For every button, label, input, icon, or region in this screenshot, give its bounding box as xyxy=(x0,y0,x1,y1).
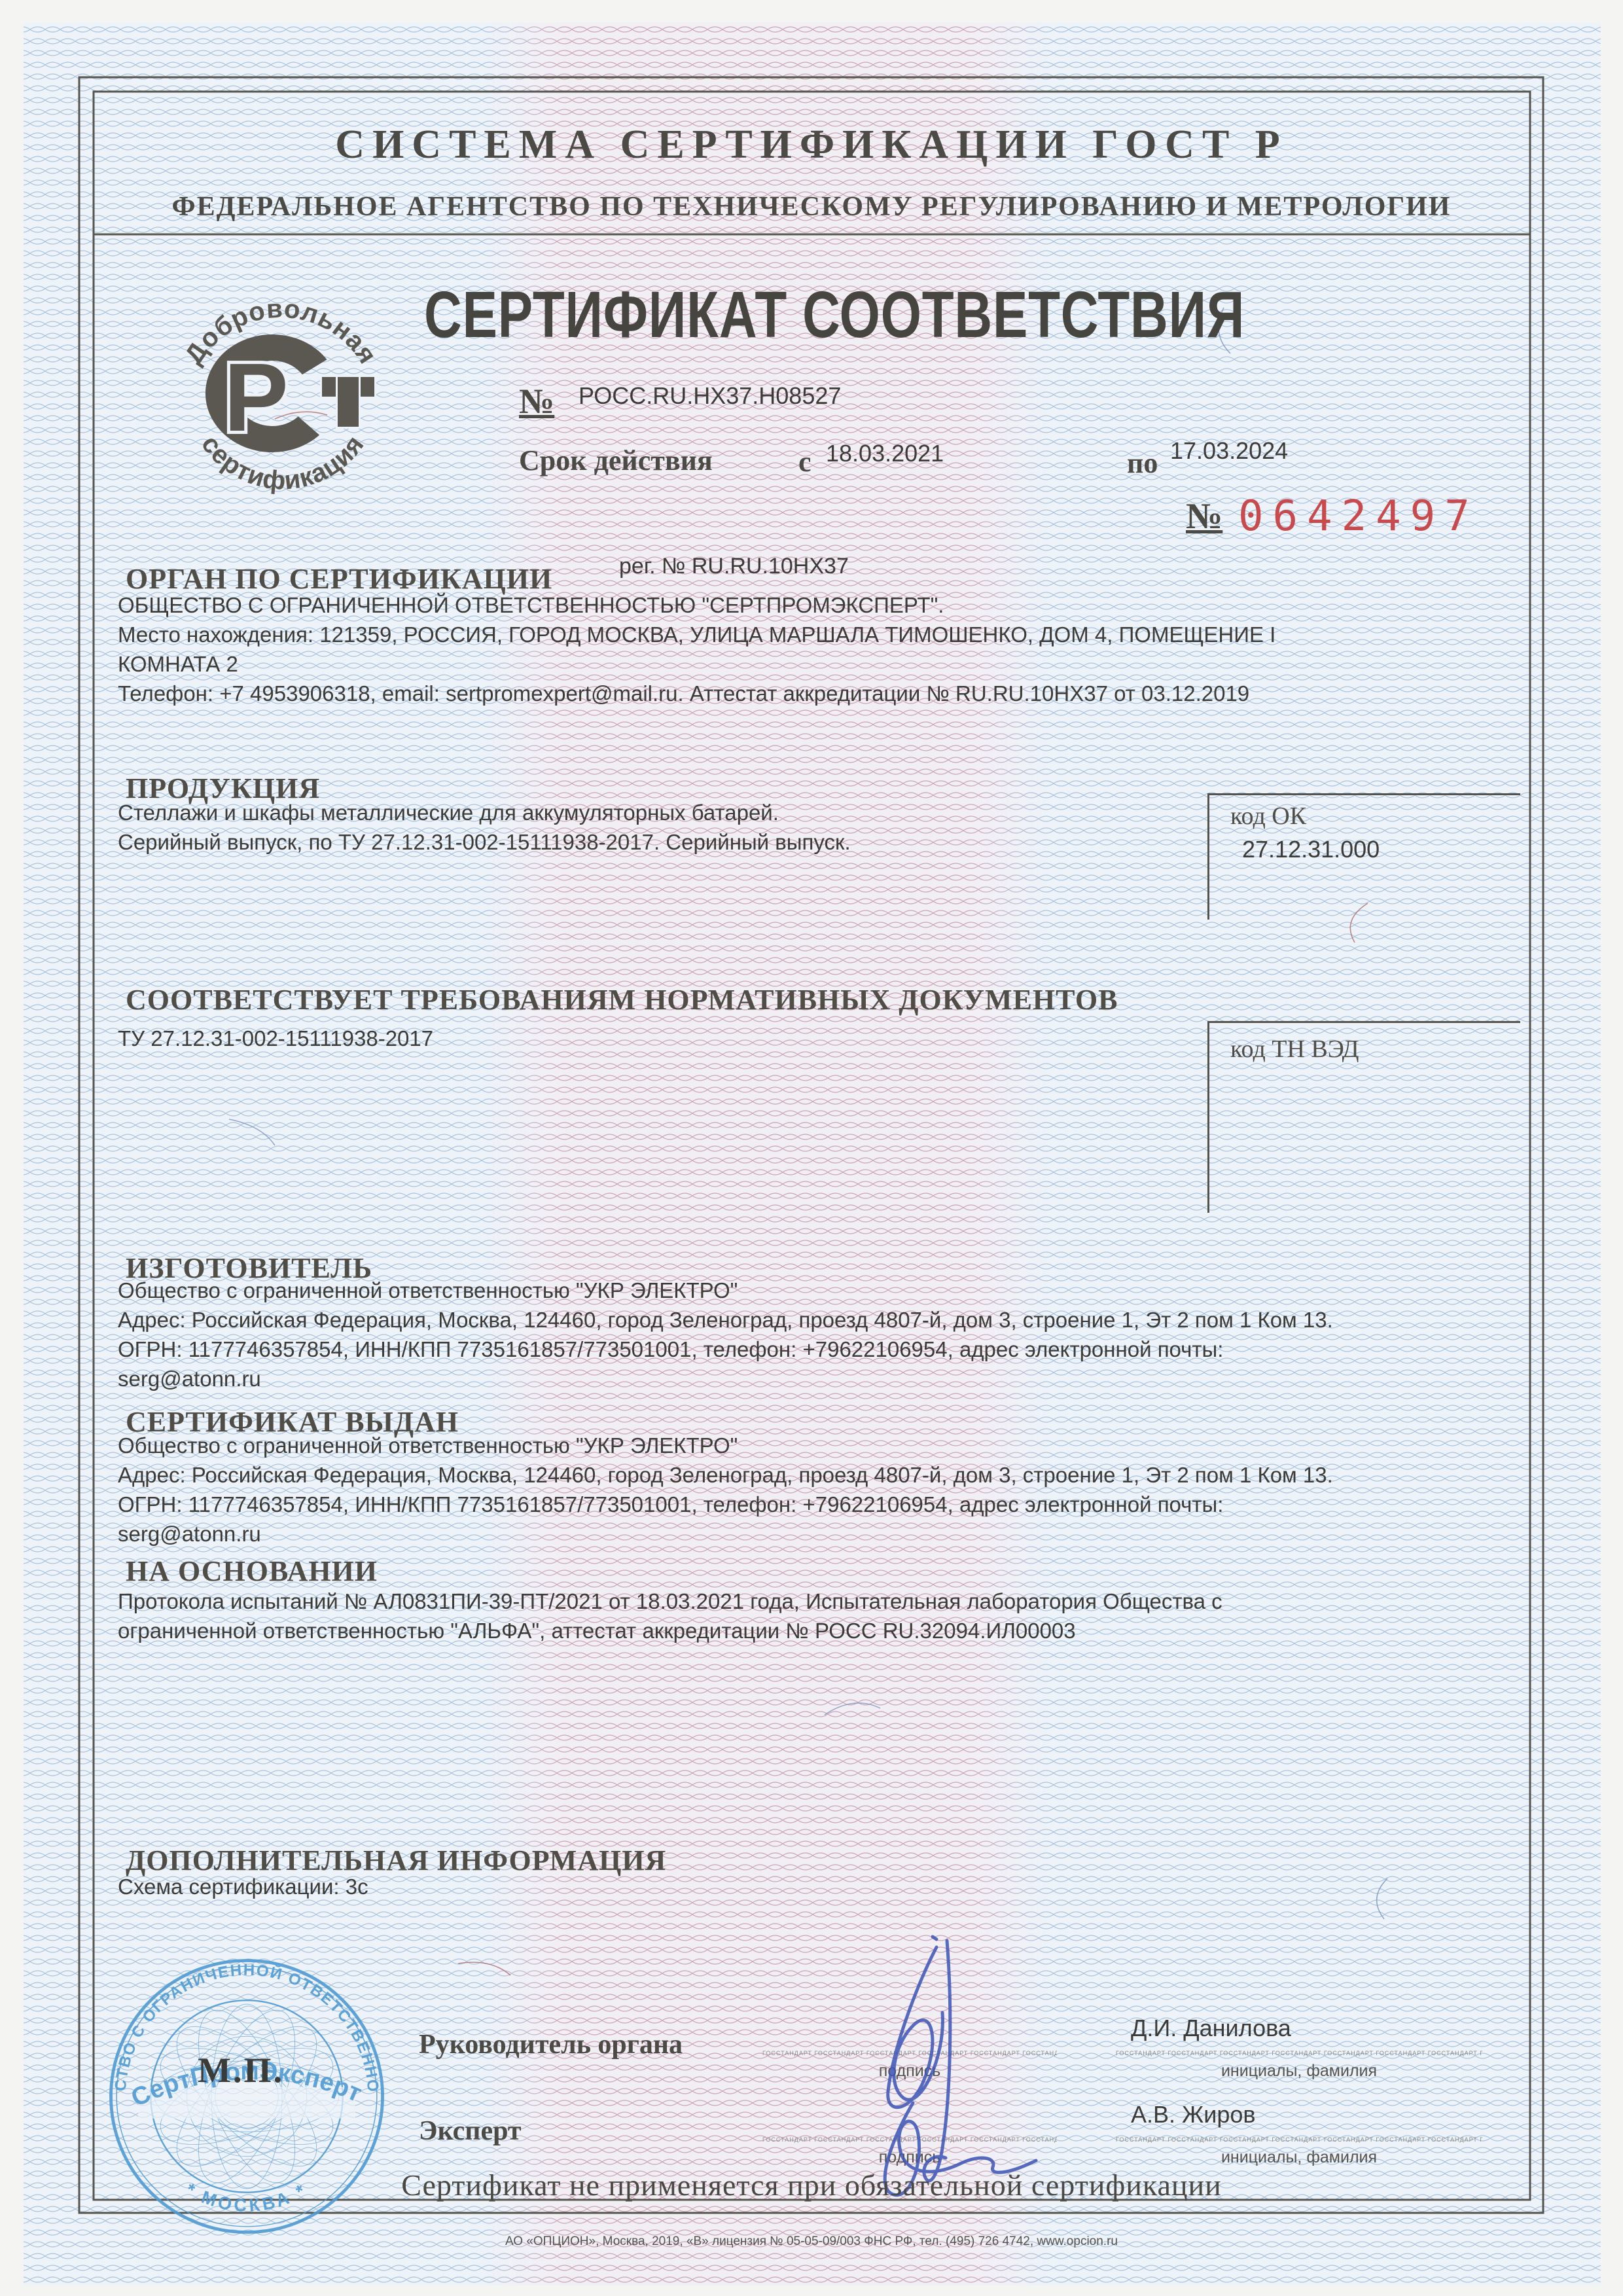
basis-line: Протокола испытаний № АЛ0831ПИ-39-ПТ/202… xyxy=(118,1587,1222,1616)
basis-details: Протокола испытаний № АЛ0831ПИ-39-ПТ/202… xyxy=(118,1587,1222,1645)
cert-number-value: РОСС.RU.HX37.H08527 xyxy=(579,382,841,410)
conform-details: ТУ 27.12.31-002-15111938-2017 xyxy=(118,1024,433,1053)
product-line: Стеллажи и шкафы металлические для аккум… xyxy=(118,798,851,827)
cert-number-label: № xyxy=(519,381,554,422)
manufacturer-line: Адрес: Российская Федерация, Москва, 124… xyxy=(118,1305,1333,1335)
certificate-title: СЕРТИФИКАТ СООТВЕТСТВИЯ xyxy=(424,278,1245,353)
header-agency-line: ФЕДЕРАЛЬНОЕ АГЕНТСТВО ПО ТЕХНИЧЕСКОМУ РЕ… xyxy=(0,191,1623,223)
manufacturer-details: Общество с ограниченной ответственностью… xyxy=(118,1276,1333,1393)
code-tnved-box: код ТН ВЭД xyxy=(1207,1021,1520,1213)
organ-line: ОБЩЕСТВО С ОГРАНИЧЕННОЙ ОТВЕТСТВЕННОСТЬЮ… xyxy=(118,590,1275,620)
expert-name-caption: инициалы, фамилия xyxy=(1116,2148,1482,2167)
blank-number-label: № xyxy=(1186,495,1222,537)
additional-line: Схема сертификации: 3с xyxy=(118,1872,368,1901)
issued-line: Общество с ограниченной ответственностью… xyxy=(118,1431,1333,1460)
logo-letter-p: Р xyxy=(224,344,289,452)
issued-line: Адрес: Российская Федерация, Москва, 124… xyxy=(118,1460,1333,1490)
head-of-body-label: Руководитель органа xyxy=(419,2029,683,2060)
issued-line: serg@atonn.ru xyxy=(118,1519,1333,1549)
section-basis-heading: НА ОСНОВАНИИ xyxy=(126,1554,378,1588)
expert-label: Эксперт xyxy=(419,2115,522,2147)
head-name-line: ГОССТАНДАРТ ГОССТАНДАРТ ГОССТАНДАРТ ГОСС… xyxy=(1116,2050,1482,2058)
organ-line: Телефон: +7 4953906318, email: sertprome… xyxy=(118,679,1275,708)
code-ok-value: 27.12.31.000 xyxy=(1242,836,1380,863)
conform-line: ТУ 27.12.31-002-15111938-2017 xyxy=(118,1024,433,1053)
organ-line: КОМНАТА 2 xyxy=(118,649,1275,679)
manufacturer-line: serg@atonn.ru xyxy=(118,1364,1333,1393)
section-conform-heading: СООТВЕТСТВУЕТ ТРЕБОВАНИЯМ НОРМАТИВНЫХ ДО… xyxy=(126,983,1118,1016)
organ-reg-number: рег. № RU.RU.10HX37 xyxy=(619,554,849,579)
validity-label: Срок действия xyxy=(519,444,713,477)
rst-logo: Добровольная сертификация Р xyxy=(174,266,390,514)
head-name-caption: инициалы, фамилия xyxy=(1116,2062,1482,2081)
validity-from-label: с xyxy=(798,445,811,478)
organ-line: Место нахождения: 121359, РОССИЯ, ГОРОД … xyxy=(118,620,1275,649)
expert-name-line: ГОССТАНДАРТ ГОССТАНДАРТ ГОССТАНДАРТ ГОСС… xyxy=(1116,2136,1482,2144)
expert-name: А.В. Жиров xyxy=(1131,2101,1256,2128)
organ-details: ОБЩЕСТВО С ОГРАНИЧЕННОЙ ОТВЕТСТВЕННОСТЬЮ… xyxy=(118,590,1275,708)
code-tnved-label: код ТН ВЭД xyxy=(1230,1035,1359,1064)
mp-label: М.П. xyxy=(198,2050,284,2090)
issued-line: ОГРН: 1177746357854, ИНН/КПП 7735161857/… xyxy=(118,1490,1333,1519)
manufacturer-line: ОГРН: 1177746357854, ИНН/КПП 7735161857/… xyxy=(118,1335,1333,1364)
header-system-line: СИСТЕМА СЕРТИФИКАЦИИ ГОСТ Р xyxy=(0,122,1623,168)
basis-line: ограниченной ответственностью "АЛЬФА", а… xyxy=(118,1616,1222,1645)
validity-to-label: по xyxy=(1127,446,1158,480)
additional-details: Схема сертификации: 3с xyxy=(118,1872,368,1901)
logo-letter-t xyxy=(322,377,374,427)
validity-to-date: 17.03.2024 xyxy=(1170,437,1288,465)
product-details: Стеллажи и шкафы металлические для аккум… xyxy=(118,798,851,857)
issued-details: Общество с ограниченной ответственностью… xyxy=(118,1431,1333,1549)
code-ok-label: код ОК xyxy=(1230,802,1306,831)
validity-from-date: 18.03.2021 xyxy=(826,440,944,467)
code-ok-box: код ОК 27.12.31.000 xyxy=(1207,793,1520,920)
blank-number-value: 0642497 xyxy=(1238,492,1479,541)
product-line: Серийный выпуск, по ТУ 27.12.31-002-1511… xyxy=(118,827,851,857)
head-name: Д.И. Данилова xyxy=(1131,2015,1291,2042)
certificate-page: СИСТЕМА СЕРТИФИКАЦИИ ГОСТ Р ФЕДЕРАЛЬНОЕ … xyxy=(0,0,1623,2296)
manufacturer-line: Общество с ограниченной ответственностью… xyxy=(118,1276,1333,1305)
footer-note: Сертификат не применяется при обязательн… xyxy=(0,2168,1623,2202)
footer-imprint: АО «ОПЦИОН», Москва, 2019, «В» лицензия … xyxy=(0,2234,1623,2249)
